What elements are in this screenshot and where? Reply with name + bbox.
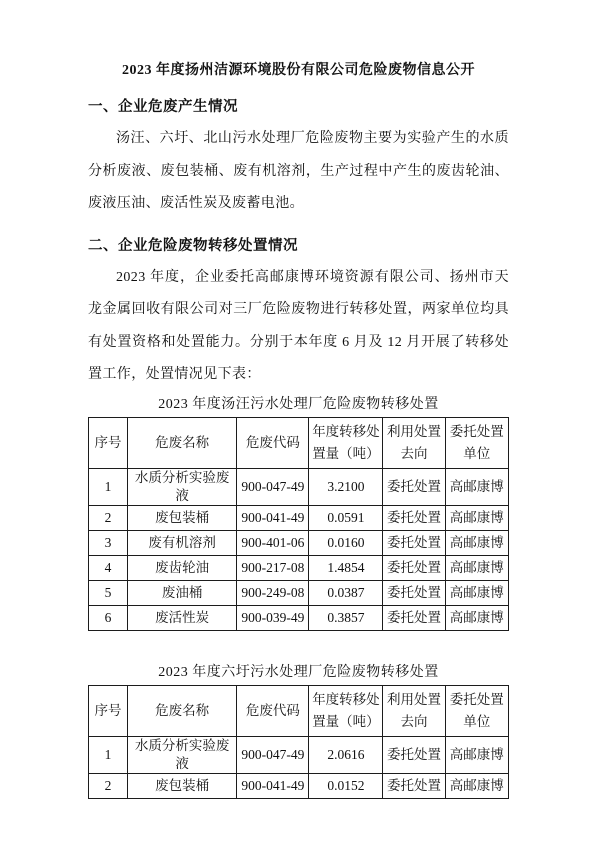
table-cell: 900-039-49 <box>237 605 309 630</box>
table-row: 2废包装桶900-041-490.0591委托处置高邮康博 <box>89 505 509 530</box>
table-cell: 0.0591 <box>309 505 383 530</box>
table-header-cell: 序号 <box>89 417 128 468</box>
table-header-cell: 序号 <box>89 685 128 736</box>
table-cell: 0.3857 <box>309 605 383 630</box>
table-cell: 委托处置 <box>383 555 445 580</box>
table-header-cell: 危废名称 <box>128 685 237 736</box>
table-cell: 废齿轮油 <box>128 555 237 580</box>
table-cell: 废有机溶剂 <box>128 530 237 555</box>
table-cell: 5 <box>89 580 128 605</box>
table-cell: 高邮康博 <box>445 736 508 773</box>
table-header-cell: 利用处置去向 <box>383 417 445 468</box>
table-row: 1水质分析实验废液900-047-493.2100委托处置高邮康博 <box>89 468 509 505</box>
table-cell: 废活性炭 <box>128 605 237 630</box>
table-header-row: 序号危废名称危废代码年度转移处置量（吨）利用处置去向委托处置单位 <box>89 685 509 736</box>
table-cell: 900-047-49 <box>237 468 309 505</box>
table-cell: 1.4854 <box>309 555 383 580</box>
table-header-cell: 危废代码 <box>237 685 309 736</box>
section-1-paragraph: 汤汪、六圩、北山污水处理厂危险废物主要为实验产生的水质分析废液、废包装桶、废有机… <box>88 123 509 221</box>
table-header-cell: 危废名称 <box>128 417 237 468</box>
section-1-heading: 一、企业危废产生情况 <box>88 97 509 118</box>
table-row: 4废齿轮油900-217-081.4854委托处置高邮康博 <box>89 555 509 580</box>
table-cell: 高邮康博 <box>445 605 508 630</box>
table-cell: 高邮康博 <box>445 530 508 555</box>
table-1-tangwang-plant: 序号危废名称危废代码年度转移处置量（吨）利用处置去向委托处置单位1水质分析实验废… <box>88 417 509 631</box>
table-header-cell: 危废代码 <box>237 417 309 468</box>
table-cell: 900-401-06 <box>237 530 309 555</box>
table-cell: 2 <box>89 773 128 798</box>
table-row: 3废有机溶剂900-401-060.0160委托处置高邮康博 <box>89 530 509 555</box>
document-title: 2023 年度扬州洁源环境股份有限公司危险废物信息公开 <box>88 60 509 82</box>
table-cell: 3 <box>89 530 128 555</box>
table-row: 6废活性炭900-039-490.3857委托处置高邮康博 <box>89 605 509 630</box>
table-row: 5废油桶900-249-080.0387委托处置高邮康博 <box>89 580 509 605</box>
table-cell: 委托处置 <box>383 580 445 605</box>
table-row: 1水质分析实验废液900-047-492.0616委托处置高邮康博 <box>89 736 509 773</box>
table-row: 2废包装桶900-041-490.0152委托处置高邮康博 <box>89 773 509 798</box>
table-cell: 4 <box>89 555 128 580</box>
table-cell: 0.0160 <box>309 530 383 555</box>
table-cell: 委托处置 <box>383 736 445 773</box>
table-cell: 委托处置 <box>383 773 445 798</box>
table-cell: 3.2100 <box>309 468 383 505</box>
table-cell: 高邮康博 <box>445 555 508 580</box>
table-cell: 2.0616 <box>309 736 383 773</box>
table-cell: 废油桶 <box>128 580 237 605</box>
table-1-title: 2023 年度汤汪污水处理厂危险废物转移处置 <box>88 394 509 415</box>
table-cell: 900-249-08 <box>237 580 309 605</box>
table-cell: 0.0152 <box>309 773 383 798</box>
table-cell: 6 <box>89 605 128 630</box>
table-header-cell: 年度转移处置量（吨） <box>309 417 383 468</box>
table-header-cell: 利用处置去向 <box>383 685 445 736</box>
section-2-heading: 二、企业危险废物转移处置情况 <box>88 236 509 257</box>
table-cell: 1 <box>89 736 128 773</box>
table-cell: 委托处置 <box>383 505 445 530</box>
table-cell: 委托处置 <box>383 468 445 505</box>
table-cell: 委托处置 <box>383 605 445 630</box>
table-cell: 废包装桶 <box>128 505 237 530</box>
table-cell: 高邮康博 <box>445 505 508 530</box>
table-cell: 水质分析实验废液 <box>128 468 237 505</box>
table-header-row: 序号危废名称危废代码年度转移处置量（吨）利用处置去向委托处置单位 <box>89 417 509 468</box>
table-cell: 900-047-49 <box>237 736 309 773</box>
table-cell: 2 <box>89 505 128 530</box>
table-cell: 废包装桶 <box>128 773 237 798</box>
table-2-title: 2023 年度六圩污水处理厂危险废物转移处置 <box>88 662 509 683</box>
table-cell: 0.0387 <box>309 580 383 605</box>
table-cell: 高邮康博 <box>445 773 508 798</box>
table-header-cell: 年度转移处置量（吨） <box>309 685 383 736</box>
table-cell: 水质分析实验废液 <box>128 736 237 773</box>
document-page: 2023 年度扬州洁源环境股份有限公司危险废物信息公开 一、企业危废产生情况 汤… <box>0 0 595 841</box>
table-cell: 1 <box>89 468 128 505</box>
table-header-cell: 委托处置单位 <box>445 417 508 468</box>
table-cell: 高邮康博 <box>445 580 508 605</box>
table-2-liuwei-plant: 序号危废名称危废代码年度转移处置量（吨）利用处置去向委托处置单位1水质分析实验废… <box>88 685 509 799</box>
table-cell: 900-041-49 <box>237 773 309 798</box>
table-cell: 900-217-08 <box>237 555 309 580</box>
table-cell: 委托处置 <box>383 530 445 555</box>
table-header-cell: 委托处置单位 <box>445 685 508 736</box>
table-cell: 高邮康博 <box>445 468 508 505</box>
section-2-paragraph: 2023 年度，企业委托高邮康博环境资源有限公司、扬州市天龙金属回收有限公司对三… <box>88 262 509 392</box>
table-cell: 900-041-49 <box>237 505 309 530</box>
